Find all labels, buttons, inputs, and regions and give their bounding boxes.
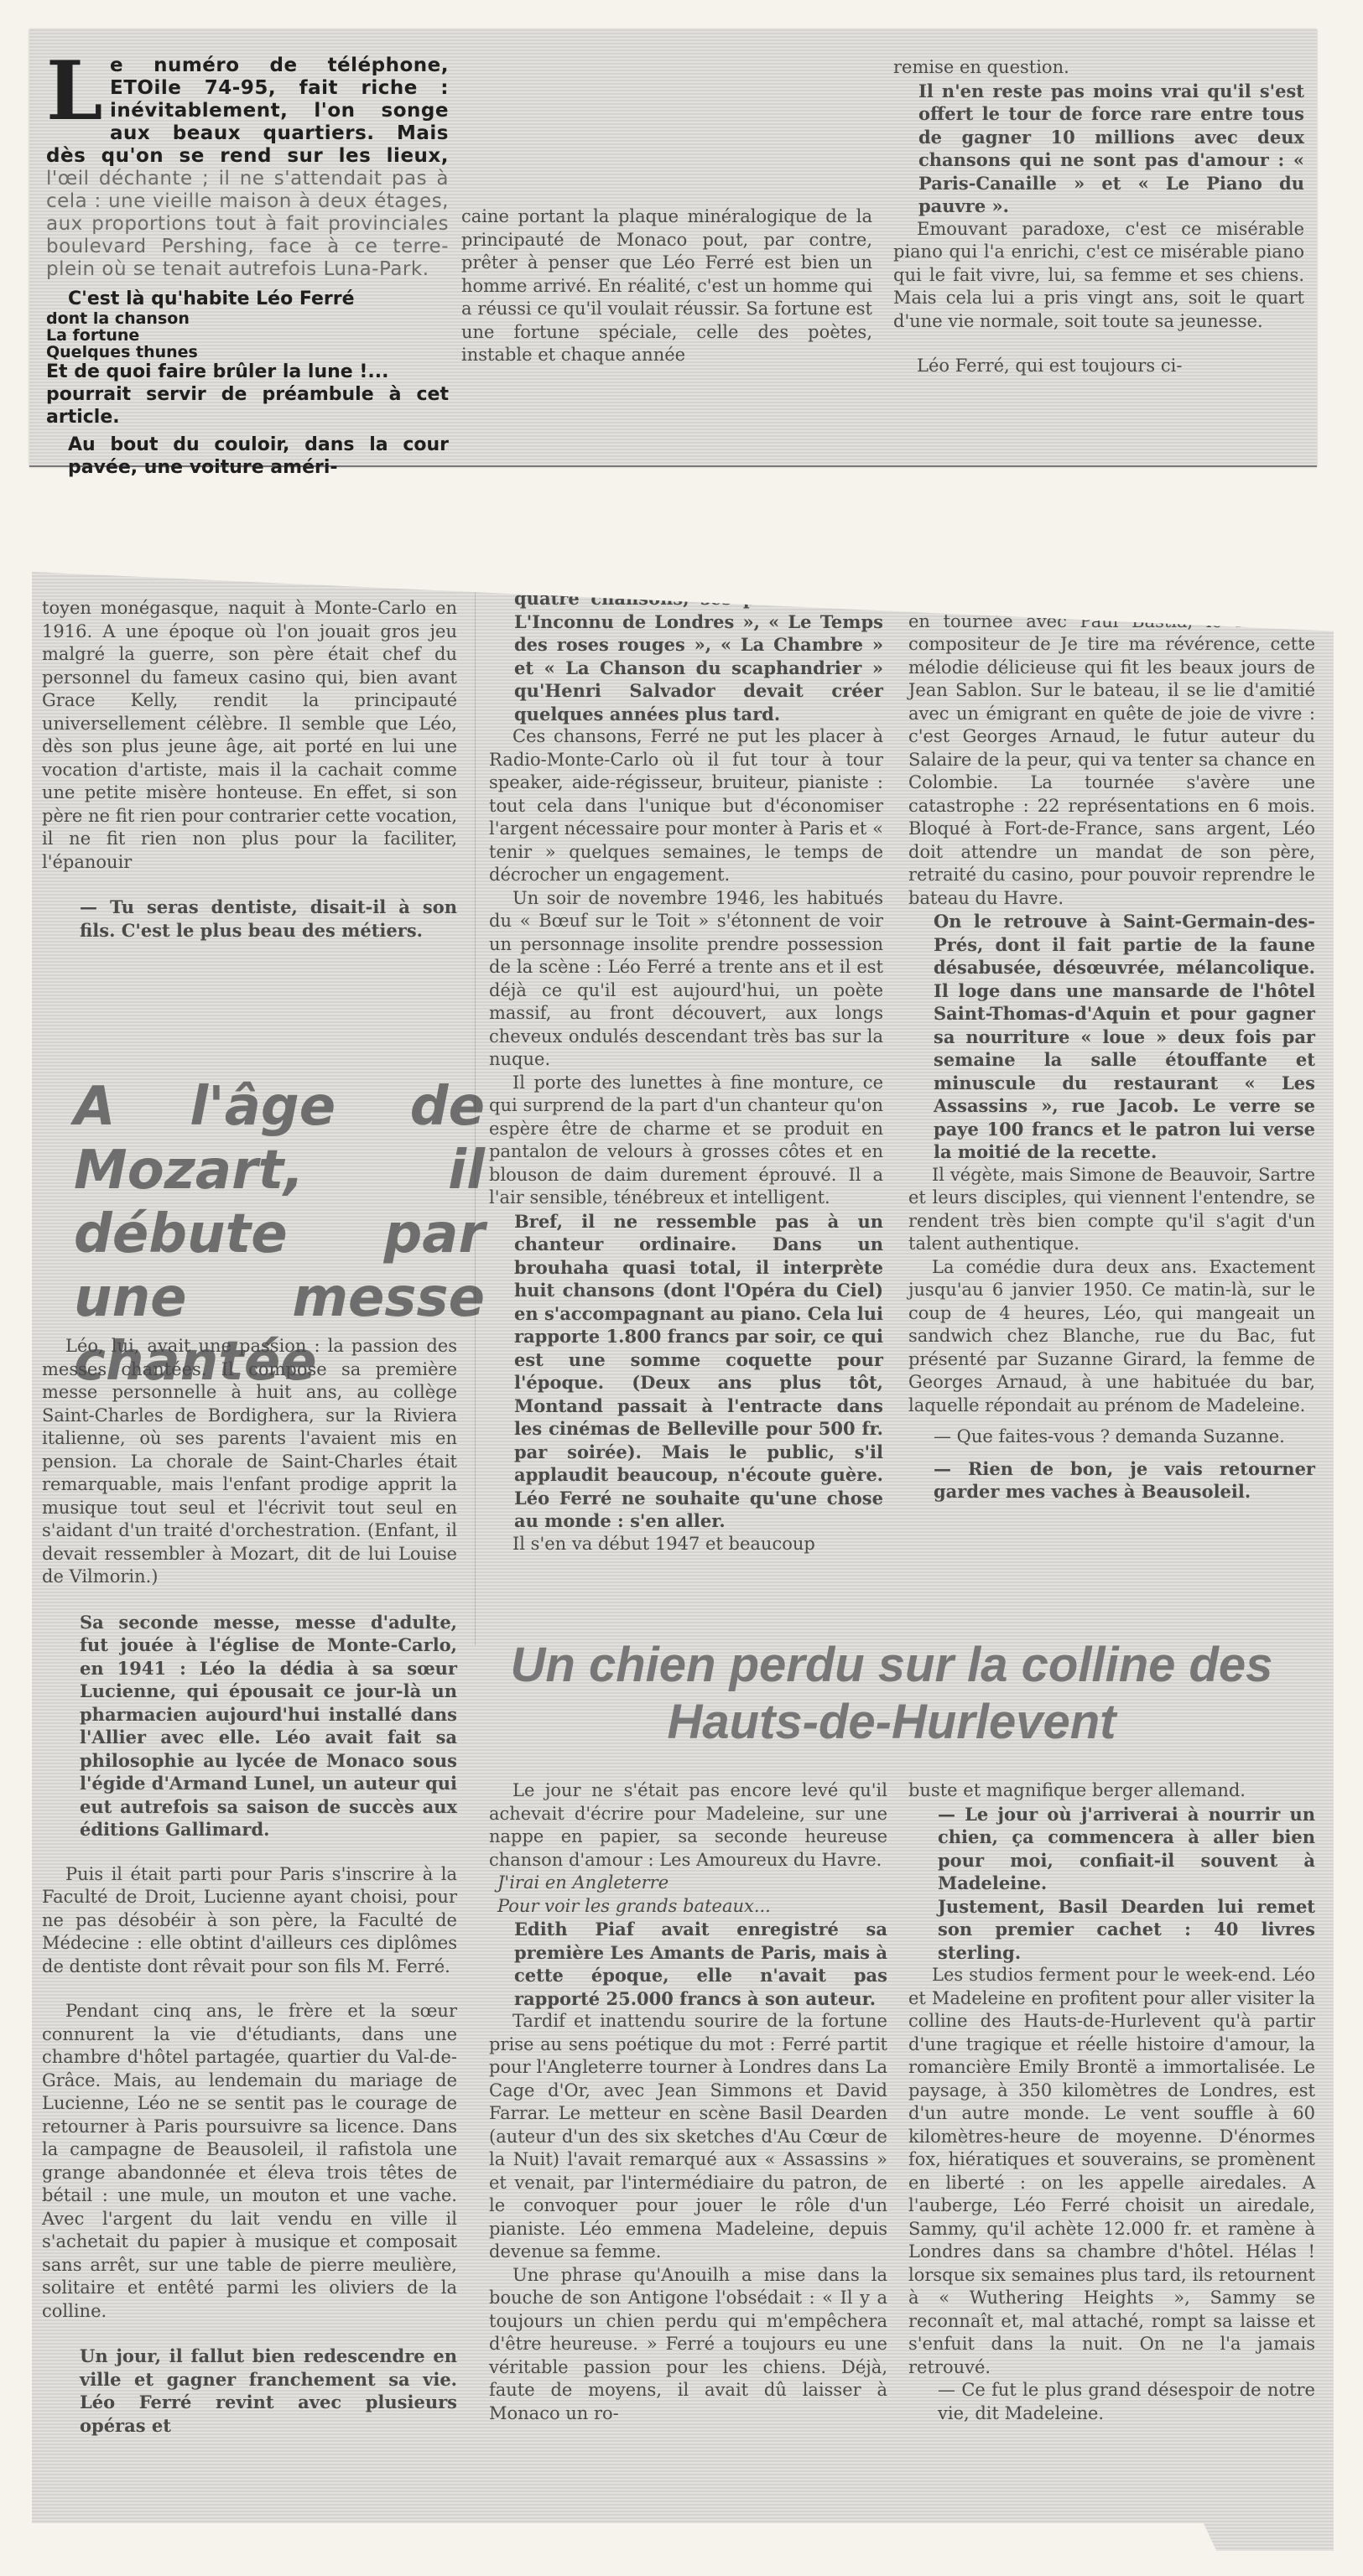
headline-line-2: Hauts-de-Hurlevent: [460, 1694, 1324, 1751]
paragraph: Il s'en va début 1947 et beaucoup: [489, 1533, 883, 1556]
paragraph: Pendant cinq ans, le frère et la sœur co…: [42, 2000, 457, 2323]
paragraph: Edith Piaf avait enregistré sa première …: [489, 1918, 887, 2010]
bottom-col-3b: buste et magnifique berger allemand. — L…: [908, 1779, 1315, 2425]
quote-paragraph: — Tu seras dentiste, disait-il à son fil…: [42, 896, 457, 942]
bottom-col-2b: Le jour ne s'était pas encore levé qu'il…: [489, 1779, 887, 2425]
paragraph: Léo Ferré, qui est toujours ci-: [893, 355, 1304, 378]
paragraph: Ces chansons, Ferré ne put les placer à …: [489, 725, 883, 887]
handwritten-line: Quelques thunes: [46, 344, 449, 361]
handwritten-line: dont la chanson: [46, 310, 449, 327]
paragraph: La comédie dura deux ans. Exactement jus…: [908, 1256, 1315, 1418]
paragraph: remise en question.: [893, 56, 1304, 80]
paragraph: Sa seconde messe, messe d'adulte, fut jo…: [42, 1611, 457, 1841]
handwritten-line: La fortune: [46, 327, 449, 344]
handwritten-line: Et de quoi faire brûler la lune !...: [46, 361, 449, 383]
typed-continuation: l'œil déchante ; il ne s'attendait pas à…: [46, 168, 449, 280]
paragraph: toyen monégasque, naquit à Monte-Carlo e…: [42, 597, 457, 874]
column-rule: [475, 589, 476, 1645]
handwritten-verse: C'est là qu'habite Léo Ferré dont la cha…: [46, 288, 449, 479]
paragraph: Il n'en reste pas moins vrai qu'il s'est…: [893, 80, 1304, 218]
handwritten-lead: e numéro de téléphone, ETOile 74-95, fai…: [46, 55, 449, 167]
paragraph: buste et magnifique berger allemand.: [908, 1779, 1315, 1803]
bottom-col-2: quatre chansons, ses premières : « L'Inc…: [489, 587, 883, 1555]
paragraph: Le jour ne s'était pas encore levé qu'il…: [489, 1779, 887, 1872]
paragraph: — Rien de bon, je vais retourner garder …: [908, 1457, 1315, 1504]
bottom-col-1: toyen monégasque, naquit à Monte-Carlo e…: [42, 597, 457, 942]
paragraph: Un soir de novembre 1946, les habitués d…: [489, 887, 883, 1072]
handwritten-line: C'est là qu'habite Léo Ferré: [46, 288, 449, 310]
top-clipping: L e numéro de téléphone, ETOile 74-95, f…: [29, 29, 1317, 467]
handwritten-line: Au bout du couloir, dans la cour pavée, …: [46, 434, 449, 479]
top-col-1: L e numéro de téléphone, ETOile 74-95, f…: [46, 55, 449, 479]
handwritten-line: pourrait servir de préambule à cet artic…: [46, 383, 449, 428]
paragraph: Puis il était parti pour Paris s'inscrir…: [42, 1863, 457, 1979]
paragraph: Bref, il ne ressemble pas à un chanteur …: [489, 1210, 883, 1533]
verse-line: Pour voir les grands bateaux...: [489, 1895, 887, 1919]
bottom-col-3: plus loin qu'il ne le pensait : à la Mar…: [908, 587, 1315, 1504]
paragraph: On le retrouve à Saint-Germain-des-Prés,…: [908, 910, 1315, 1164]
paragraph: Il végète, mais Simone de Beauvoir, Sart…: [908, 1164, 1315, 1256]
paragraph: Une phrase qu'Anouilh a mise dans la bou…: [489, 2264, 887, 2426]
paragraph: Emouvant paradoxe, c'est ce misérable pi…: [893, 218, 1304, 334]
paragraph: quatre chansons, ses premières : « L'Inc…: [489, 587, 883, 725]
verse-line: J'irai en Angleterre: [489, 1872, 887, 1895]
bottom-clipping: toyen monégasque, naquit à Monte-Carlo e…: [32, 572, 1334, 2551]
paragraph: Justement, Basil Dearden lui remet son p…: [908, 1895, 1315, 1965]
paragraph: Un jour, il fallut bien redescendre en v…: [42, 2345, 457, 2437]
paragraph: plus loin qu'il ne le pensait : à la Mar…: [908, 587, 1315, 910]
paragraph: caine portant la plaque minéralogique de…: [461, 205, 872, 367]
paragraph: — Le jour où j'arriverai à nourrir un ch…: [908, 1803, 1315, 1895]
paragraph: — Que faites-vous ? demanda Suzanne.: [908, 1426, 1315, 1449]
drop-cap: L: [46, 58, 103, 125]
paragraph: Il porte des lunettes à fine monture, ce…: [489, 1072, 883, 1210]
headline-chien-perdu: Un chien perdu sur la colline des Hauts-…: [460, 1637, 1324, 1751]
paragraph: Léo, lui, avait une passion : la passion…: [42, 1335, 457, 1589]
top-col-2: caine portant la plaque minéralogique de…: [461, 205, 872, 367]
paragraph: Tardif et inattendu sourire de la fortun…: [489, 2010, 887, 2264]
bottom-col-1b: Léo, lui, avait une passion : la passion…: [42, 1335, 457, 2437]
headline-line-1: Un chien perdu sur la colline des: [460, 1637, 1324, 1694]
paragraph: — Ce fut le plus grand désespoir de notr…: [908, 2379, 1315, 2425]
paragraph: Les studios ferment pour le week-end. Lé…: [908, 1964, 1315, 2379]
top-col-3: remise en question. Il n'en reste pas mo…: [893, 56, 1304, 378]
